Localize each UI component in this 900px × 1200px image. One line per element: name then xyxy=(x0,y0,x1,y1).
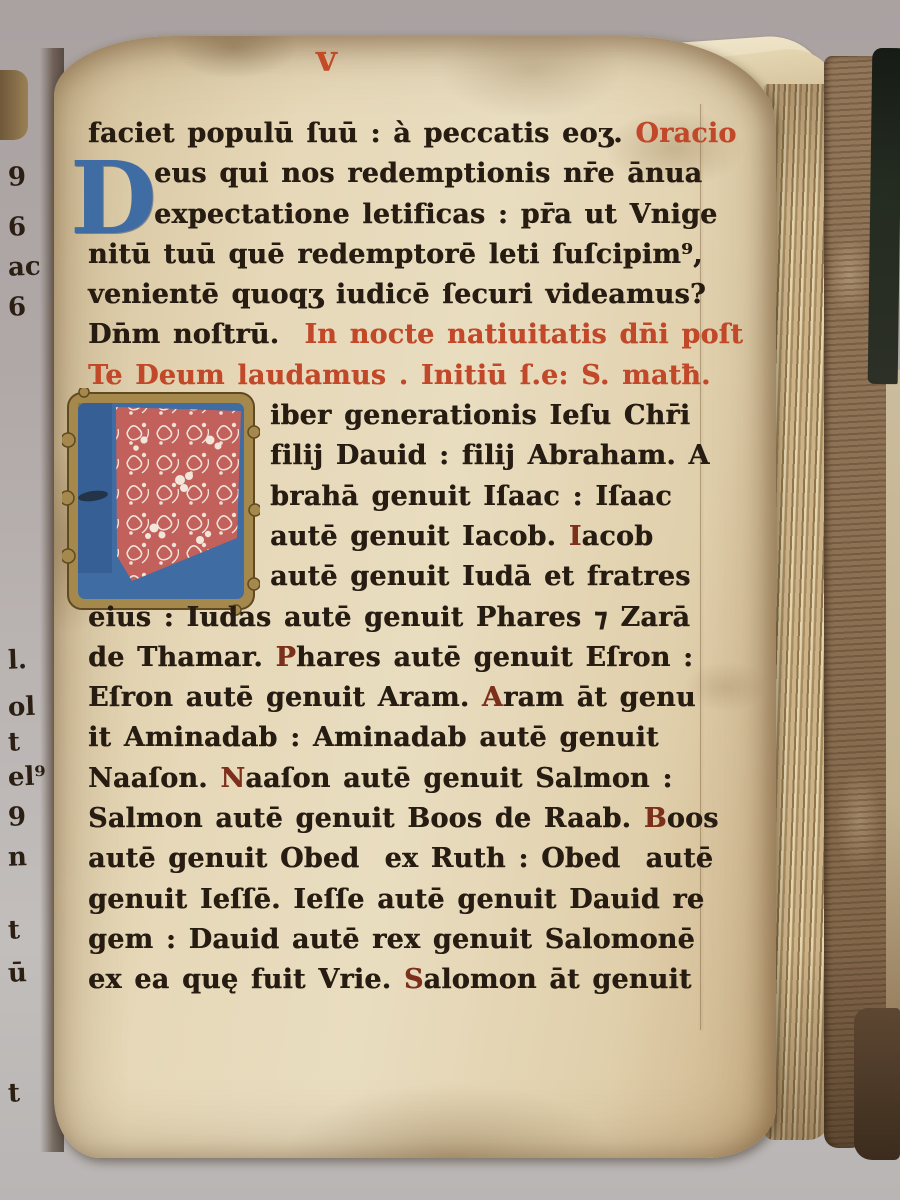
text-line: brahā genuit Iſaac : Iſaac xyxy=(88,477,748,517)
body-text: ram āt genu xyxy=(503,682,696,713)
body-text: expectatione letificas : pr̄a ut Vnige xyxy=(154,199,717,230)
text-line: eius : Iudas autē genuit Phares ⁊ Zarā xyxy=(88,598,748,638)
body-text: brahā genuit Iſaac : Iſaac xyxy=(270,481,672,512)
text-line: autē genuit Iudā et fratres xyxy=(88,557,748,597)
facing-page-text-fragment: ac xyxy=(7,251,52,283)
facing-page-text-fragment: ū xyxy=(7,957,52,989)
facing-page-text-fragment: t xyxy=(7,914,52,946)
book-cover-board-bottom xyxy=(854,1008,900,1160)
body-text: hares autē genuit Eſron : xyxy=(296,642,693,673)
body-text: Naaſon. xyxy=(88,763,220,794)
body-text: it Aminadab : Aminadab autē genuit xyxy=(88,722,659,753)
red-touched-capital: I xyxy=(569,521,582,552)
body-text: oos xyxy=(667,803,719,834)
body-text: filij Dauid : filij Abraham. A xyxy=(270,440,710,471)
text-line: gem : Dauid autē rex genuit Salomonē xyxy=(88,920,748,960)
folio-mark: v xyxy=(316,38,337,80)
body-text: eius : Iudas autē genuit Phares ⁊ Zarā xyxy=(88,602,690,633)
facing-page-text-fragments: 96ac6l.oltel⁹9ntūt xyxy=(0,0,60,1200)
body-text: genuit Ieſſē. Ieſſe autē genuit Dauid re xyxy=(88,884,704,915)
body-text: de Thamar. xyxy=(88,642,275,673)
text-block: faciet populū ſuū : à peccatis eoʒ. Orac… xyxy=(88,114,748,1001)
text-line: autē genuit Obed ex Ruth : Obed autē xyxy=(88,839,748,879)
red-touched-capital: A xyxy=(482,682,503,713)
facing-page-text-fragment: t xyxy=(7,726,52,758)
text-line: filij Dauid : filij Abraham. A xyxy=(88,436,748,476)
body-text: autē genuit Iudā et fratres xyxy=(270,561,691,592)
text-line: faciet populū ſuū : à peccatis eoʒ. Orac… xyxy=(88,114,748,154)
text-line: Salmon autē genuit Boos de Raab. Boos xyxy=(88,799,748,839)
facing-page-text-fragment: t xyxy=(7,1077,52,1109)
rubric-text: Te Deum laudamus . Initiū ſ.e: S. matħ. xyxy=(88,360,711,391)
facing-page-text-fragment: 6 xyxy=(7,211,52,243)
manuscript-photo: 96ac6l.oltel⁹9ntūt v D L xyxy=(0,0,900,1200)
facing-page-text-fragment: l. xyxy=(7,644,52,676)
body-text: autē genuit Obed ex Ruth : Obed autē xyxy=(88,843,713,874)
body-text: Salmon autē genuit Boos de Raab. xyxy=(88,803,644,834)
text-line: Te Deum laudamus . Initiū ſ.e: S. matħ. xyxy=(88,356,748,396)
text-line: Eſron autē genuit Aram. Aram āt genu xyxy=(88,678,748,718)
body-text: nitū tuū quē redemptorē leti ſuſcipim⁹, xyxy=(88,239,703,270)
text-line: de Thamar. Phares autē genuit Eſron : xyxy=(88,638,748,678)
body-text: venientē quoqʒ iudicē ſecuri videamus? xyxy=(88,279,706,310)
body-text: Dn̄m noſtrū. xyxy=(88,319,279,350)
body-text: ex ea quę fuit Vrie. xyxy=(88,964,404,995)
red-touched-capital: B xyxy=(644,803,667,834)
red-touched-capital: S xyxy=(404,964,424,995)
manuscript-recto-page: v D L xyxy=(54,36,776,1158)
red-touched-capital: N xyxy=(220,763,245,794)
body-text: autē genuit Iacob. xyxy=(270,521,569,552)
rubric-text: In nocte natiuitatis dn̄i poſt xyxy=(279,319,743,350)
text-line: eus qui nos redemptionis nr̄e ānua xyxy=(88,154,748,194)
red-touched-capital: P xyxy=(275,642,296,673)
text-line: iber generationis Ieſu Chr̄i xyxy=(88,396,748,436)
facing-page-text-fragment: n xyxy=(7,841,52,873)
facing-page-text-fragment: el⁹ xyxy=(7,761,52,793)
body-text: eus qui nos redemptionis nr̄e ānua xyxy=(154,158,702,189)
body-text: iber generationis Ieſu Chr̄i xyxy=(270,400,690,431)
text-line: autē genuit Iacob. Iacob xyxy=(88,517,748,557)
facing-page-text-fragment: 9 xyxy=(7,801,52,833)
text-line: genuit Ieſſē. Ieſſe autē genuit Dauid re xyxy=(88,880,748,920)
body-text: gem : Dauid autē rex genuit Salomonē xyxy=(88,924,695,955)
book-cover-board-top xyxy=(868,48,900,384)
facing-page-text-fragment: 9 xyxy=(7,161,52,193)
text-line: venientē quoqʒ iudicē ſecuri videamus? xyxy=(88,275,748,315)
text-line: expectatione letificas : pr̄a ut Vnige xyxy=(88,195,748,235)
text-line: Dn̄m noſtrū. In nocte natiuitatis dn̄i p… xyxy=(88,315,748,355)
body-text: acob xyxy=(582,521,654,552)
facing-page-text-fragment: ol xyxy=(7,691,52,723)
text-line: Naaſon. Naaſon autē genuit Salmon : xyxy=(88,759,748,799)
body-text: aaſon autē genuit Salmon : xyxy=(245,763,672,794)
text-line: ex ea quę fuit Vrie. Salomon āt genuit xyxy=(88,960,748,1000)
body-text: alomon āt genuit xyxy=(424,964,692,995)
text-line: nitū tuū quē redemptorē leti ſuſcipim⁹, xyxy=(88,235,748,275)
cover-edge-sliver xyxy=(886,370,900,1090)
rubric-text: Oracio xyxy=(623,118,737,149)
facing-page-text-fragment: 6 xyxy=(7,291,52,323)
body-text: Eſron autē genuit Aram. xyxy=(88,682,482,713)
text-line: it Aminadab : Aminadab autē genuit xyxy=(88,718,748,758)
body-text: faciet populū ſuū : à peccatis eoʒ. xyxy=(88,118,623,149)
